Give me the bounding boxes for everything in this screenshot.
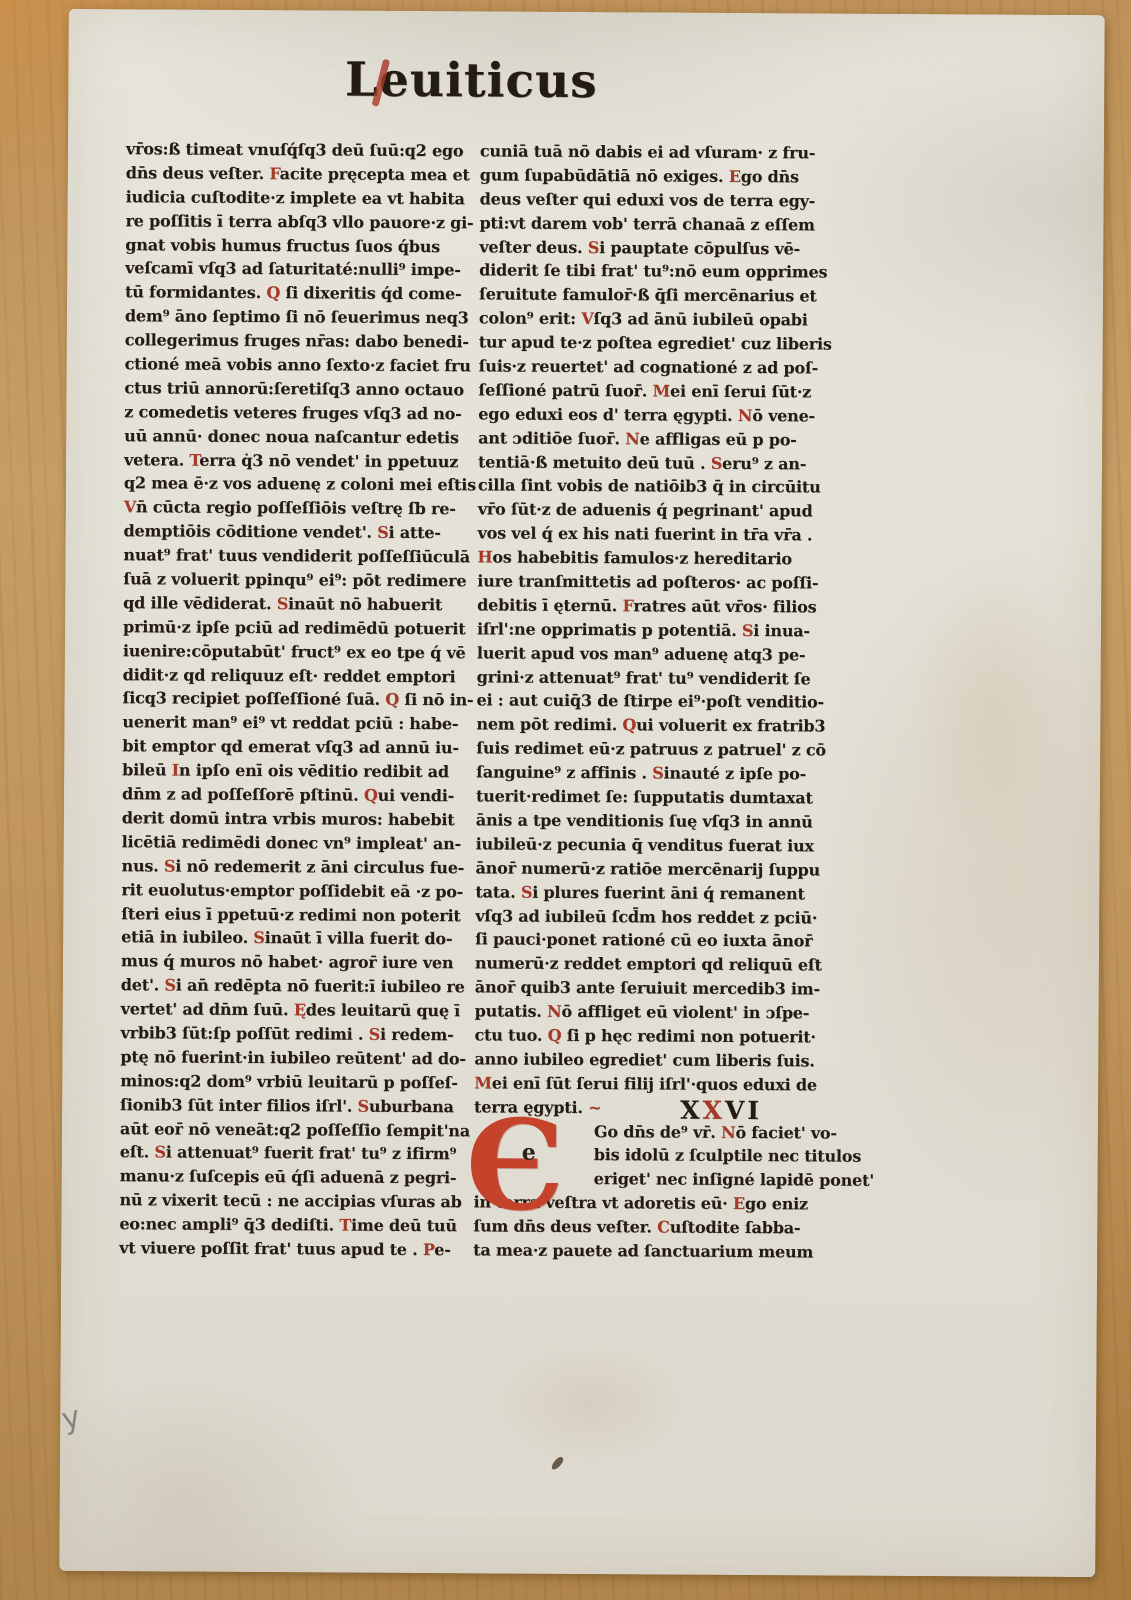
text-line: ctus triū annorū:ſeretiſq3 anno octauo (124, 378, 464, 404)
text-line: ānor̄ quib3 ante ſeruiuit mercedib3 im- (475, 978, 815, 1004)
text-line: nus. Si nō redemerit z āni circulus fue- (121, 856, 461, 882)
text-line: minos:q2 dom⁹ vrbiū leuitarū p poſſeſ- (120, 1071, 460, 1097)
text-line: dem⁹ āno ſeptimo ſi nō ſeuerimus neq3 (125, 306, 465, 332)
text-line: ego eduxi eos d' terra ęgypti. Nō vene- (478, 404, 818, 430)
text-line: luerit apud vos man⁹ aduenę atq3 pe- (477, 643, 817, 669)
text-line: bit emptor qd emerat vſq3 ad annū iu- (122, 736, 462, 762)
text-line: collegerimus fruges nr̄as: dabo benedi- (125, 330, 465, 356)
rubricated-initial: Q (266, 283, 280, 302)
text-line: tata. Si plures fuerint āni q́ remanent (475, 882, 815, 908)
text-line: mus q́ muros nō habet· agror̄ iure ven (121, 951, 461, 977)
rubricated-initial: S (277, 594, 288, 613)
text-line: manu·z ſuſcepis eū q́ſi aduenā z pegri- (120, 1166, 460, 1192)
rubricated-initial: E (733, 1194, 745, 1213)
rubricated-initial: Q (548, 1026, 562, 1045)
text-line: q2 mea ē·z vos aduenę z coloni mei eſtis (124, 474, 464, 500)
text-line: Hos habebitis famulos·z hereditario (477, 547, 817, 573)
text-line: ctu tuo. Q ſi p hęc redimi non potuerit· (474, 1025, 814, 1051)
rubricated-initial: Q (385, 690, 399, 709)
text-line: ſteri eius ī ppetuū·z redimi non poterit (121, 904, 461, 930)
text-line: iuenire:cōputabūt' fruct⁹ ex eo tpe q́ v… (123, 641, 463, 667)
text-line: iudicia cuſtodite·z implete ea vt habita (126, 187, 466, 213)
text-line: tū formidantes. Q ſi dixeritis q́d come- (125, 283, 465, 309)
text-line: gnat vobis humus fructus ſuos q́bus (125, 235, 465, 261)
rubricated-initial: S (357, 1096, 368, 1115)
text-line: z comedetis veteres fruges vſq3 ad no- (124, 402, 464, 428)
text-line: aūt eor̄ nō veneāt:q2 poſſeſſio ſempit'n… (120, 1119, 460, 1145)
text-line: veſter deus. Si pauptate cōpulſus vē- (479, 237, 819, 263)
guide-letter: e (522, 1142, 536, 1164)
text-column-left: vr̄os:ß timeat vnuſq́ſq3 deū ſuū:q2 egod… (119, 139, 466, 1264)
text-line: vos vel q́ ex his nati fuerint in tr̄a v… (477, 524, 817, 550)
text-line: debitis ī ęternū. Fratres aūt vr̄os· fil… (477, 595, 817, 621)
text-line: numerū·z reddet emptori qd reliquū eſt (475, 954, 815, 980)
text-line: vertet' ad dn̄m ſuū. Ędes leuitarū quę ī (121, 999, 461, 1025)
text-line: dn̄s deus veſter. Facite pręcepta mea et (126, 163, 466, 189)
rubricated-initial: N (721, 1122, 736, 1141)
text-line: iure tranſmittetis ad poſteros· ac poſſi… (477, 571, 817, 597)
text-line: nuat⁹ frat' tuus vendiderit poſſeſſiūcul… (123, 545, 463, 571)
rubricated-initial: F (622, 596, 633, 615)
rubricated-initial: S (253, 928, 264, 947)
rubricated-initial: N (547, 1002, 562, 1021)
text-line: gum ſupabūdātiā nō exiges. Ego dn̄s (480, 165, 820, 191)
text-line: grini·z attenuat⁹ frat' tu⁹ vendiderit ſ… (477, 667, 817, 693)
drop-cap-glyph: Є (465, 1093, 564, 1239)
rubricated-initial: T (339, 1216, 351, 1235)
rubricated-initial: Q (622, 716, 636, 735)
text-line: vetera. Terra q̇3 nō vendet' in ppetuuz (124, 450, 464, 476)
text-line: tentiā·ß metuito deū tuū . Seru⁹ z an- (478, 452, 818, 478)
rubricated-initial: C (657, 1218, 670, 1237)
text-line: qd ille vēdiderat. Sinaūt nō habuerit (123, 593, 463, 619)
rubricated-initial: F (269, 164, 279, 183)
text-line: eo:nec ampli⁹ q̄3 dediſti. Time deū tuū (119, 1214, 459, 1240)
rubricated-initial: S (164, 976, 175, 995)
rubricated-initial: T (189, 450, 199, 469)
rubricated-initial: S (377, 523, 388, 542)
paper-stain (904, 554, 1086, 875)
pencil-mark: y (58, 1399, 84, 1437)
text-line: ānor̄ numerū·z ratiōe mercēnarij ſuppu (475, 858, 815, 884)
text-line: Vn̄ cūcta regio poſſeſſiōis veſtrę ſb re… (124, 498, 464, 524)
text-line: ānis a tpe venditionis ſuę vſq3 in annū (476, 810, 816, 836)
rubricated-initial: N (738, 406, 753, 425)
text-line: putatis. Nō affliget eū violent' in ɔſpe… (475, 1001, 815, 1027)
text-line: ctioné meā vobis anno ſexto·z faciet fru (125, 354, 465, 380)
rubricated-initial: S (521, 882, 532, 901)
text-line: ſanguine⁹ z affinis . Sinauté z ipſe po- (476, 763, 816, 789)
text-line: nem pōt redimi. Qui voluerit ex fratrib3 (476, 715, 816, 741)
text-line: veſcamī vſq3 ad ſaturitaté:nulli⁹ impe- (125, 259, 465, 285)
text-line: cilla ſint vobis de natiōib3 q̄ in circū… (478, 476, 818, 502)
text-line: iſrl':ne opprimatis p potentiā. Si inua- (477, 619, 817, 645)
text-line: derit domū intra vrbis muros: habebit (122, 808, 462, 834)
rubricated-initial: E (729, 167, 741, 186)
text-line: deus veſter qui eduxi vos de terra egy- (480, 189, 820, 215)
rubricated-initial: H (477, 547, 492, 566)
rubricated-initial: S (588, 238, 599, 257)
chapter-number: XXVI (680, 1098, 762, 1122)
rubricated-initial: S (164, 856, 175, 875)
rubricated-initial: M (653, 381, 671, 400)
rubricated-initial: S (742, 621, 753, 640)
text-line: cuniā tuā nō dabis ei ad vſuram· z fru- (480, 141, 820, 167)
text-line: anno iubileo egrediet' cum liberis ſuis. (474, 1049, 814, 1075)
text-line: re poſſitis ī terra abſq3 vllo pauore·z … (125, 211, 465, 237)
rubricated-initial: S (369, 1025, 380, 1044)
text-line: ſuā z voluerit ppinqu⁹ ei⁹: pōt redimere (123, 569, 463, 595)
rubricated-initial: I (172, 761, 179, 780)
text-line: ta mea·z pauete ad ſanctuarium meum (473, 1240, 813, 1266)
text-line: rit euolutus·emptor poſſidebit eā ·z po- (121, 880, 461, 906)
running-title-row: Leuiticus (126, 51, 816, 110)
text-line: didit·z qd reliquuz eſt· reddet emptori (123, 665, 463, 691)
paper-stain (480, 1331, 701, 1472)
rubricated-initial: S (652, 764, 663, 783)
text-line: bileū In ipſo enī ois vēditio redibit ad (122, 760, 462, 786)
text-line: vſq3 ad iubileū ſcd̄m hos reddet z pciū· (475, 906, 815, 932)
text-line: diderit ſe tibi frat' tu⁹:nō eum opprime… (479, 261, 819, 287)
text-line: iubileū·z pecunia q̄ venditus fuerat iux (476, 834, 816, 860)
text-line: uenerit man⁹ ei⁹ vt reddat pciū : habe- (122, 713, 462, 739)
text-line: ſicq3 recipiet poſſeſſioné ſuā. Q ſi nō … (122, 689, 462, 715)
photo-of-incunable-leaf: { "colors":{"wood":"#c49a63","paper":"#e… (0, 0, 1131, 1600)
text-line: tuerit·redimet ſe: ſupputatis dumtaxat (476, 786, 816, 812)
text-line: ſionib3 ſūt inter filios iſrl'. Suburban… (120, 1095, 460, 1121)
text-line: vt viuere poſſit frat' tuus apud te . Pe… (119, 1238, 459, 1264)
text-line: ptę nō fuerint·in iubileo reūtent' ad do… (120, 1047, 460, 1073)
text-line: vrbib3 ſūt:ſp poſſūt redimi . Si redem- (120, 1023, 460, 1049)
rubricated-initial: V (581, 309, 593, 328)
rubricated-initial: S (711, 453, 722, 472)
text-line: demptiōis cōditione vendet'. Si atte- (124, 521, 464, 547)
rubricated-initial: Q (364, 786, 378, 805)
text-line: det'. Si an̄ redēpta nō fuerit:ī iubileo… (121, 975, 461, 1001)
rubricated-initial: S (154, 1143, 165, 1162)
text-line: pti:vt darem vob' terrā chanaā z eſſem (479, 213, 819, 239)
rubricated-initial: M (474, 1073, 492, 1092)
red-drop-cap-initial-E: Є e (465, 1107, 596, 1238)
text-line: licētiā redimēdi donec vn⁹ impleat' an- (122, 832, 462, 858)
rubricated-initial: N (625, 429, 640, 448)
text-line: colon⁹ erit: Vſq3 ad ānū iubileū opabi (479, 309, 819, 335)
rubricated-initial: Ę (294, 1000, 306, 1019)
text-line: ſeſſioné patrū ſuor̄. Mei enī ſerui ſūt·… (478, 380, 818, 406)
text-line: ſuis redimet eū·z patruus z patruel' z c… (476, 739, 816, 765)
text-line: tur apud te·z poſtea egrediet' cuz liber… (479, 332, 819, 358)
text-line: ſi pauci·ponet rationé cū eo iuxta ānor̄ (475, 930, 815, 956)
rubricated-initial: V (124, 498, 136, 517)
text-column-right: Є e cuniā tuā nō dabis ei ad vſuram· z f… (473, 141, 820, 1266)
text-line: ei : aut cuiq̄3 de ſtirpe ei⁹·poſt vendi… (476, 691, 816, 717)
text-line: primū·z ipſe pciū ad redimēdū potuerit (123, 617, 463, 643)
text-line: nū z vixerit tecū : ne accipias vſuras a… (119, 1190, 459, 1216)
text-line: etiā in iubileo. Sinaūt ī villa fuerit d… (121, 928, 461, 954)
rubricated-initial: P (423, 1240, 435, 1259)
text-line: eſt. Si attenuat⁹ fuerit frat' tu⁹ z ifi… (120, 1143, 460, 1169)
text-line: ſuis·z reuertet' ad cognationé z ad poſ- (479, 356, 819, 382)
text-line: dn̄m z ad poſſeſſorē pſtinū. Qui vendi- (122, 784, 462, 810)
text-line: vr̄o ſūt·z de aduenis q́ pegrinant' apud (478, 500, 818, 526)
text-line: vr̄os:ß timeat vnuſq́ſq3 deū ſuū:q2 ego (126, 139, 466, 165)
text-line: ant ɔditiōe ſuor̄. Ne affligas eū p po- (478, 428, 818, 454)
text-line: ſeruitute famulor̄·ß q̄ſi mercēnarius et (479, 285, 819, 311)
parchment-page: Leuiticus vr̄os:ß timeat vnuſq́ſq3 deū ſ… (59, 9, 1105, 1577)
text-line: uū annū· donec noua naſcantur edetis (124, 426, 464, 452)
